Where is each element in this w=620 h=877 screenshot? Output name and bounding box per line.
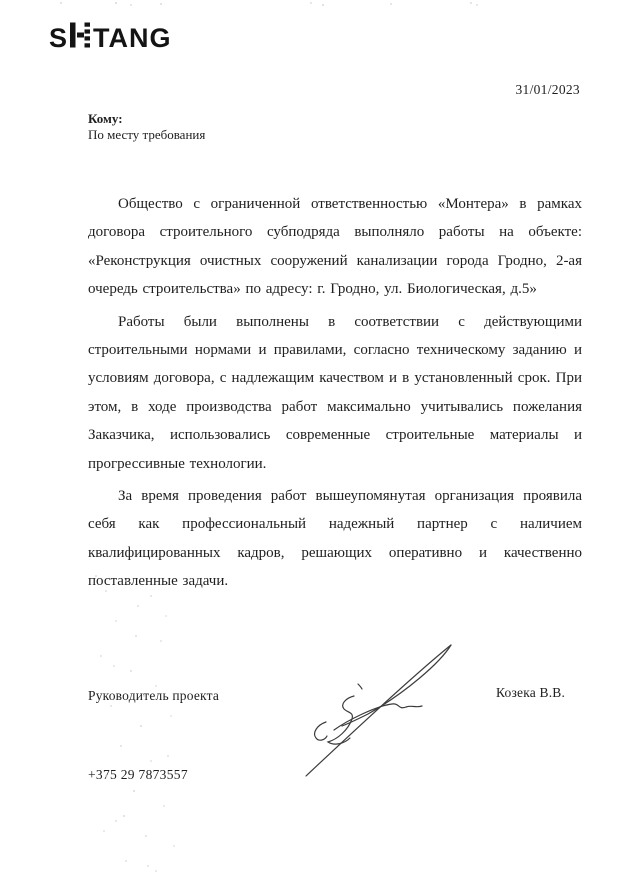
recipient-label: Кому: [88, 111, 205, 127]
paragraph-2: Работы были выполнены в соответствии с д… [88, 308, 582, 478]
scan-noise-top [60, 2, 62, 4]
logo-ladder-h-icon [69, 22, 92, 54]
scanned-letter-page: S TANG 31/01/2023 Кому: По месту требова… [0, 0, 620, 877]
contact-phone: +375 29 7873557 [88, 767, 188, 783]
signer-role: Руководитель проекта [88, 688, 219, 704]
logo-text-prefix: S [49, 24, 68, 53]
paragraph-1: Общество с ограниченной ответственностью… [88, 190, 582, 304]
recipient-value: По месту требования [88, 127, 205, 143]
handwritten-signature [290, 618, 490, 788]
paragraph-3: За время проведения работ вышеупомянутая… [88, 482, 582, 596]
company-logo: S TANG [49, 22, 172, 54]
signer-name: Козека В.В. [496, 685, 565, 701]
scan-noise-left [95, 575, 97, 577]
letter-body: Общество с ограниченной ответственностью… [88, 190, 582, 600]
recipient-block: Кому: По месту требования [88, 111, 205, 143]
document-date: 31/01/2023 [88, 82, 580, 98]
logo-text-suffix: TANG [93, 24, 172, 53]
